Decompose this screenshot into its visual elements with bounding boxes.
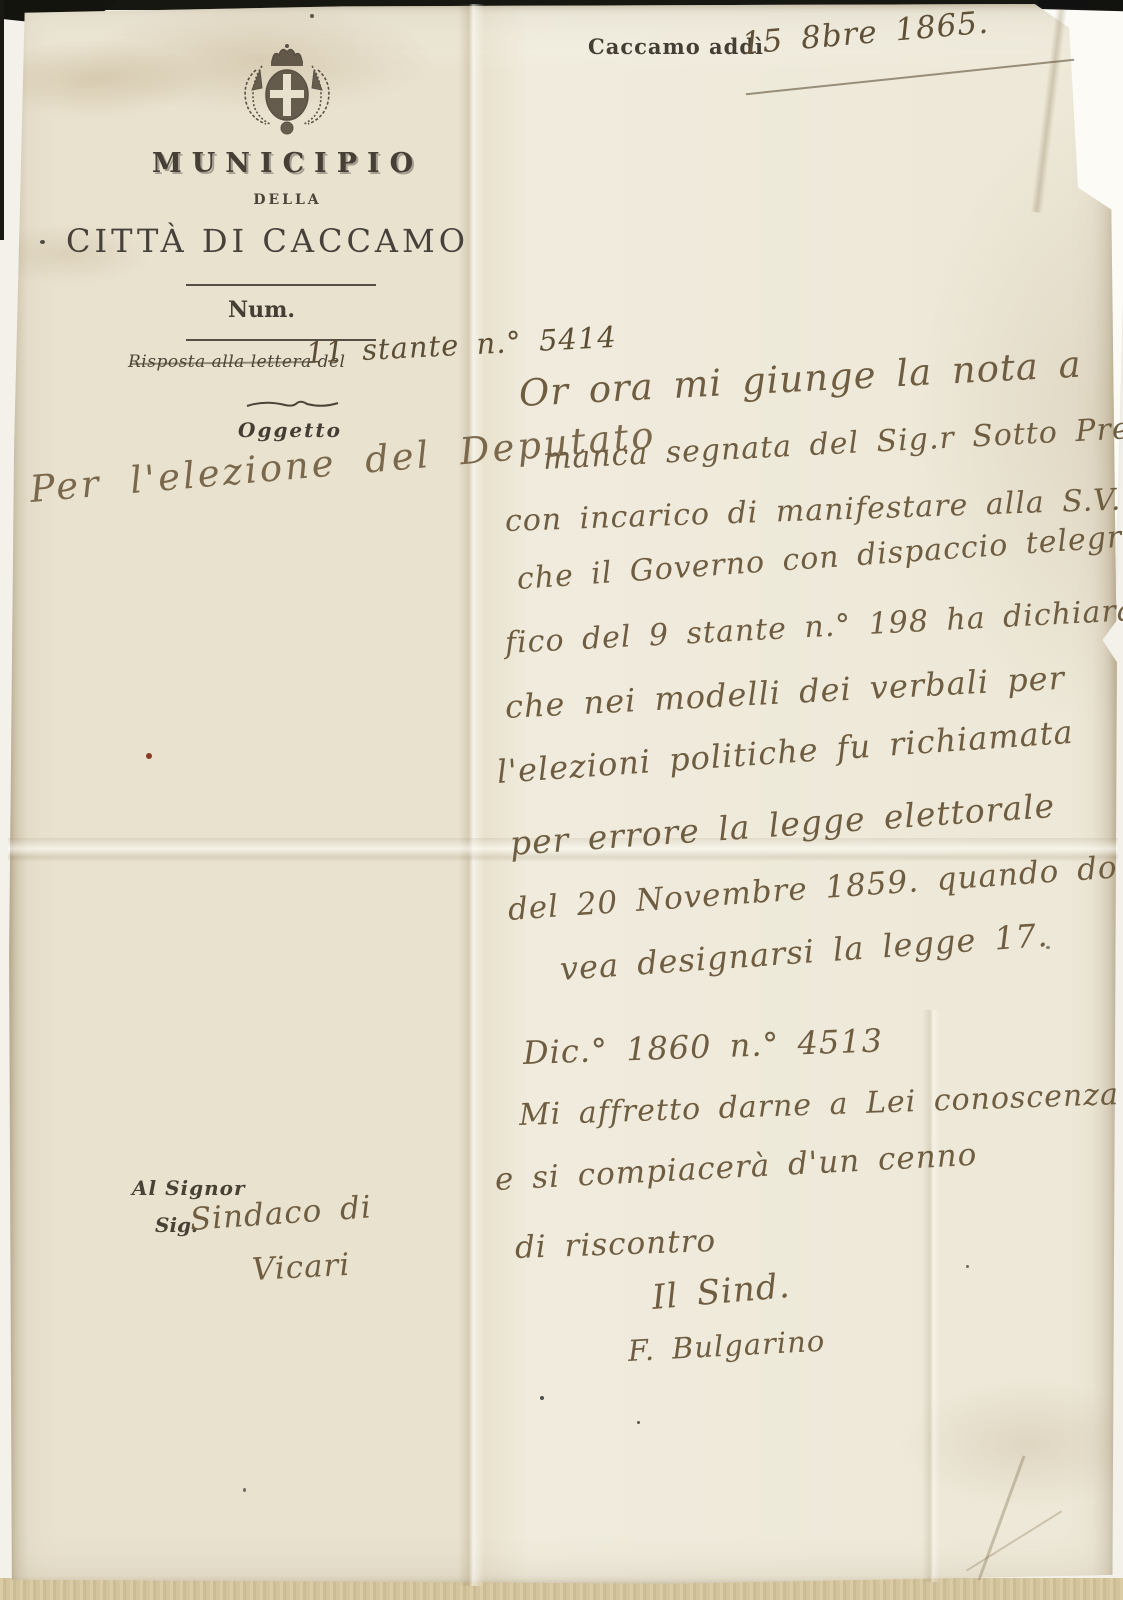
scanned-letter: MUNICIPIO DELLA CITTÀ DI CACCAMO Num. Ri… bbox=[0, 0, 1123, 1600]
speck bbox=[637, 1421, 640, 1424]
body-line: vea designarsi la legge 17. bbox=[559, 916, 1050, 988]
body-line: Mi affretto darne a Lei conoscenza bbox=[518, 1077, 1119, 1133]
body-line: manca segnata del Sig.r Sotto Prefetto bbox=[542, 407, 1123, 477]
scan-left-edge bbox=[0, 0, 4, 240]
body-line: Dic.° 1860 n.° 4513 bbox=[522, 1021, 883, 1072]
speck bbox=[40, 240, 45, 244]
body-line: fico del 9 stante n.° 198 ha dichiarato bbox=[504, 591, 1123, 661]
body-line: del 20 Novembre 1859. quando do bbox=[507, 849, 1119, 928]
body-line: e si compiacerà d'un cenno bbox=[494, 1137, 978, 1198]
letterhead-subtitle: DELLA bbox=[75, 192, 500, 208]
flourish-divider-icon bbox=[245, 398, 340, 410]
letterhead-title: MUNICIPIO bbox=[75, 148, 500, 179]
body-line: per errore la legge elettorale bbox=[509, 786, 1057, 863]
rule-above-num bbox=[186, 284, 376, 286]
speck bbox=[540, 1396, 544, 1400]
address-salutation: Al Signor bbox=[132, 1176, 246, 1200]
body-line: di riscontro bbox=[514, 1223, 716, 1266]
ink-speck bbox=[146, 753, 152, 759]
body-line: che nei modelli dei verbali per bbox=[504, 659, 1066, 726]
savoy-crest-icon bbox=[226, 40, 348, 140]
body-line: l'elezioni politiche fu richiamata bbox=[496, 713, 1075, 791]
speck bbox=[243, 1488, 246, 1492]
dateline-place-label: Caccamo addì bbox=[588, 34, 764, 59]
letter-body: Or ora mi giunge la nota a manca segnata… bbox=[505, 368, 1115, 1368]
letterhead-city: CITTÀ DI CACCAMO bbox=[55, 222, 480, 260]
address-town-handwritten: Vicari bbox=[251, 1247, 351, 1288]
speck bbox=[310, 14, 314, 18]
num-label: Num. bbox=[228, 297, 295, 323]
